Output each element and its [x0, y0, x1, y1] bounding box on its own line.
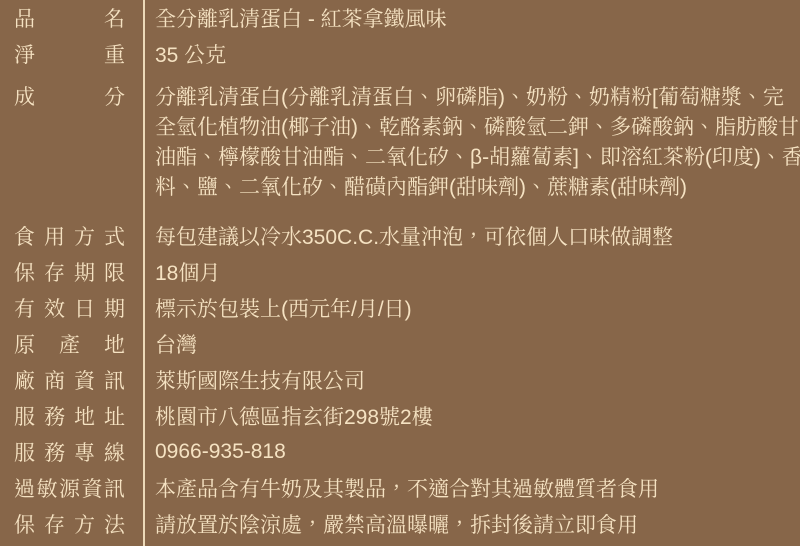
row-product-name: 品名 全分離乳清蛋白 - 紅茶拿鐵風味 [0, 0, 800, 36]
row-origin: 原產地 台灣 [0, 326, 800, 362]
row-value: 標示於包裝上(西元年/月/日) [143, 293, 800, 323]
ingredients-text: 分離乳清蛋白(分離乳清蛋白、卵磷脂)、奶粉、奶精粉[葡萄糖漿、完 全氫化植物油(… [143, 83, 800, 203]
row-storage-method: 保存方法 請放置於陰涼處，嚴禁高溫曝曬，拆封後請立即食用 [0, 506, 800, 542]
row-value: 萊斯國際生技有限公司 [143, 365, 800, 395]
row-label: 過敏源資訊 [0, 473, 143, 503]
row-label: 保存期限 [0, 257, 143, 287]
row-value: 每包建議以冷水350C.C.水量沖泡，可依個人口味做調整 [143, 221, 800, 251]
row-ingredients: 成分 分離乳清蛋白(分離乳清蛋白、卵磷脂)、奶粉、奶精粉[葡萄糖漿、完 全氫化植… [0, 83, 800, 203]
ingredients-line: 全氫化植物油(椰子油)、乾酪素鈉、磷酸氫二鉀、多磷酸鈉、脂肪酸甘 [155, 113, 800, 143]
row-label: 保存方法 [0, 509, 143, 539]
row-value: 桃園市八德區指玄街298號2樓 [143, 401, 800, 431]
row-label: 服務地址 [0, 401, 143, 431]
row-label: 有效日期 [0, 293, 143, 323]
column-divider [143, 0, 145, 546]
row-allergen-info: 過敏源資訊 本產品含有牛奶及其製品，不適合對其過敏體質者食用 [0, 470, 800, 506]
ingredients-line: 分離乳清蛋白(分離乳清蛋白、卵磷脂)、奶粉、奶精粉[葡萄糖漿、完 [155, 83, 800, 113]
row-value: 請放置於陰涼處，嚴禁高溫曝曬，拆封後請立即食用 [143, 509, 800, 539]
row-shelf-life: 保存期限 18個月 [0, 254, 800, 290]
row-manufacturer: 廠商資訊 萊斯國際生技有限公司 [0, 362, 800, 398]
row-value: 18個月 [143, 257, 800, 287]
product-info-table: 品名 全分離乳清蛋白 - 紅茶拿鐵風味 淨重 35 公克 成分 分離乳清蛋白(分… [0, 0, 800, 546]
row-value: 本產品含有牛奶及其製品，不適合對其過敏體質者食用 [143, 473, 800, 503]
row-label: 淨重 [0, 39, 143, 69]
row-label: 服務專線 [0, 437, 143, 467]
ingredients-line: 料、鹽、二氧化矽、醋磺內酯鉀(甜味劑)、蔗糖素(甜味劑) [155, 173, 800, 203]
row-net-weight: 淨重 35 公克 [0, 36, 800, 72]
row-label: 原產地 [0, 329, 143, 359]
row-expiry-date: 有效日期 標示於包裝上(西元年/月/日) [0, 290, 800, 326]
row-label: 食用方式 [0, 221, 143, 251]
ingredients-line: 油酯、檸檬酸甘油酯、二氧化矽、β-胡蘿蔔素]、即溶紅茶粉(印度)、香 [155, 143, 800, 173]
row-service-phone: 服務專線 0966-935-818 [0, 434, 800, 470]
row-service-address: 服務地址 桃園市八德區指玄街298號2樓 [0, 398, 800, 434]
row-value: 35 公克 [143, 39, 800, 69]
row-value: 台灣 [143, 329, 800, 359]
row-label: 品名 [0, 3, 143, 33]
row-value: 0966-935-818 [143, 440, 800, 464]
row-usage-directions: 食用方式 每包建議以冷水350C.C.水量沖泡，可依個人口味做調整 [0, 218, 800, 254]
row-value: 全分離乳清蛋白 - 紅茶拿鐵風味 [143, 3, 800, 33]
row-label: 廠商資訊 [0, 365, 143, 395]
row-label: 成分 [0, 83, 143, 113]
